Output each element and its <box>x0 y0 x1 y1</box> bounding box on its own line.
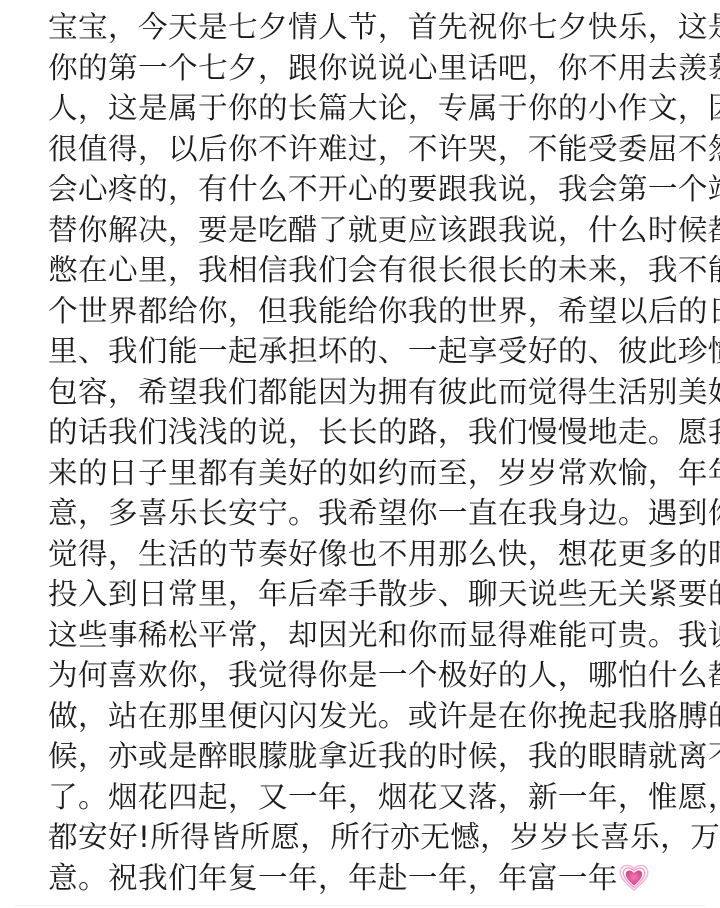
document-page: 宝宝，今天是七夕情人节，首先祝你七夕快乐，这是我陪 你的第一个七夕，跟你说说心里… <box>0 0 720 908</box>
text-line: 替你解决，要是吃醋了就更应该跟我说，什么时候都不要 <box>48 210 688 251</box>
text-line: 憋在心里，我相信我们会有很长很长的未来，我不能把整 <box>48 250 688 291</box>
text-line: 意，多喜乐长安宁。我希望你一直在我身边。遇到你让我 <box>48 493 688 534</box>
text-line: 宝宝，今天是七夕情人节，首先祝你七夕快乐，这是我陪 <box>48 7 688 48</box>
text-line: 做，站在那里便闪闪发光。或许是在你挽起我胳膊的时 <box>48 696 688 737</box>
text-line: 很值得，以后你不许难过，不许哭，不能受委屈不然我都 <box>48 129 688 170</box>
text-line: 这些事稀松平常，却因光和你而显得难能可贵。我说不上 <box>48 615 688 656</box>
text-line: 候，亦或是醉眼朦胧拿近我的时候，我的眼睛就离不开你 <box>48 736 688 777</box>
text-line: 的话我们浅浅的说，长长的路，我们慢慢地走。愿我们未 <box>48 412 688 453</box>
text-line: 为何喜欢你，我觉得你是一个极好的人，哪怕什么都不 <box>48 655 688 696</box>
text-line: 来的日子里都有美好的如约而至，岁岁常欢愉，年年皆胜 <box>48 453 688 494</box>
text-line: 觉得，生活的节奏好像也不用那么快，想花更多的时间去 <box>48 534 688 575</box>
text-line: 你的第一个七夕，跟你说说心里话吧，你不用去羡慕别 <box>48 48 688 89</box>
text-line: 投入到日常里，年后牵手散步、聊天说些无关紧要的话， <box>48 574 688 615</box>
last-line-text: 意。祝我们年复一年，年赴一年，年富一年 <box>48 861 618 895</box>
text-line: 人，这是属于你的长篇大论，专属于你的小作文，因为你 <box>48 88 688 129</box>
text-line-last: 意。祝我们年复一年，年赴一年，年富一年 <box>48 858 688 899</box>
text-line: 都安好!所得皆所愿，所行亦无憾，岁岁长喜乐，万事皆顺 <box>48 817 688 858</box>
text-line: 个世界都给你，但我能给你我的世界，希望以后的日子 <box>48 291 688 332</box>
text-line: 会心疼的，有什么不开心的要跟我说，我会第一个站出来 <box>48 169 688 210</box>
text-line: 包容，希望我们都能因为拥有彼此而觉得生活别美好深深 <box>48 372 688 413</box>
text-line: 里、我们能一起承担坏的、一起享受好的、彼此珍惯相互 <box>48 331 688 372</box>
text-line: 了。烟花四起，又一年，烟花又落，新一年，惟愿，你我 <box>48 777 688 818</box>
bottom-divider <box>14 905 706 906</box>
growing-heart-icon <box>619 862 649 892</box>
letter-text-block: 宝宝，今天是七夕情人节，首先祝你七夕快乐，这是我陪 你的第一个七夕，跟你说说心里… <box>48 7 688 898</box>
